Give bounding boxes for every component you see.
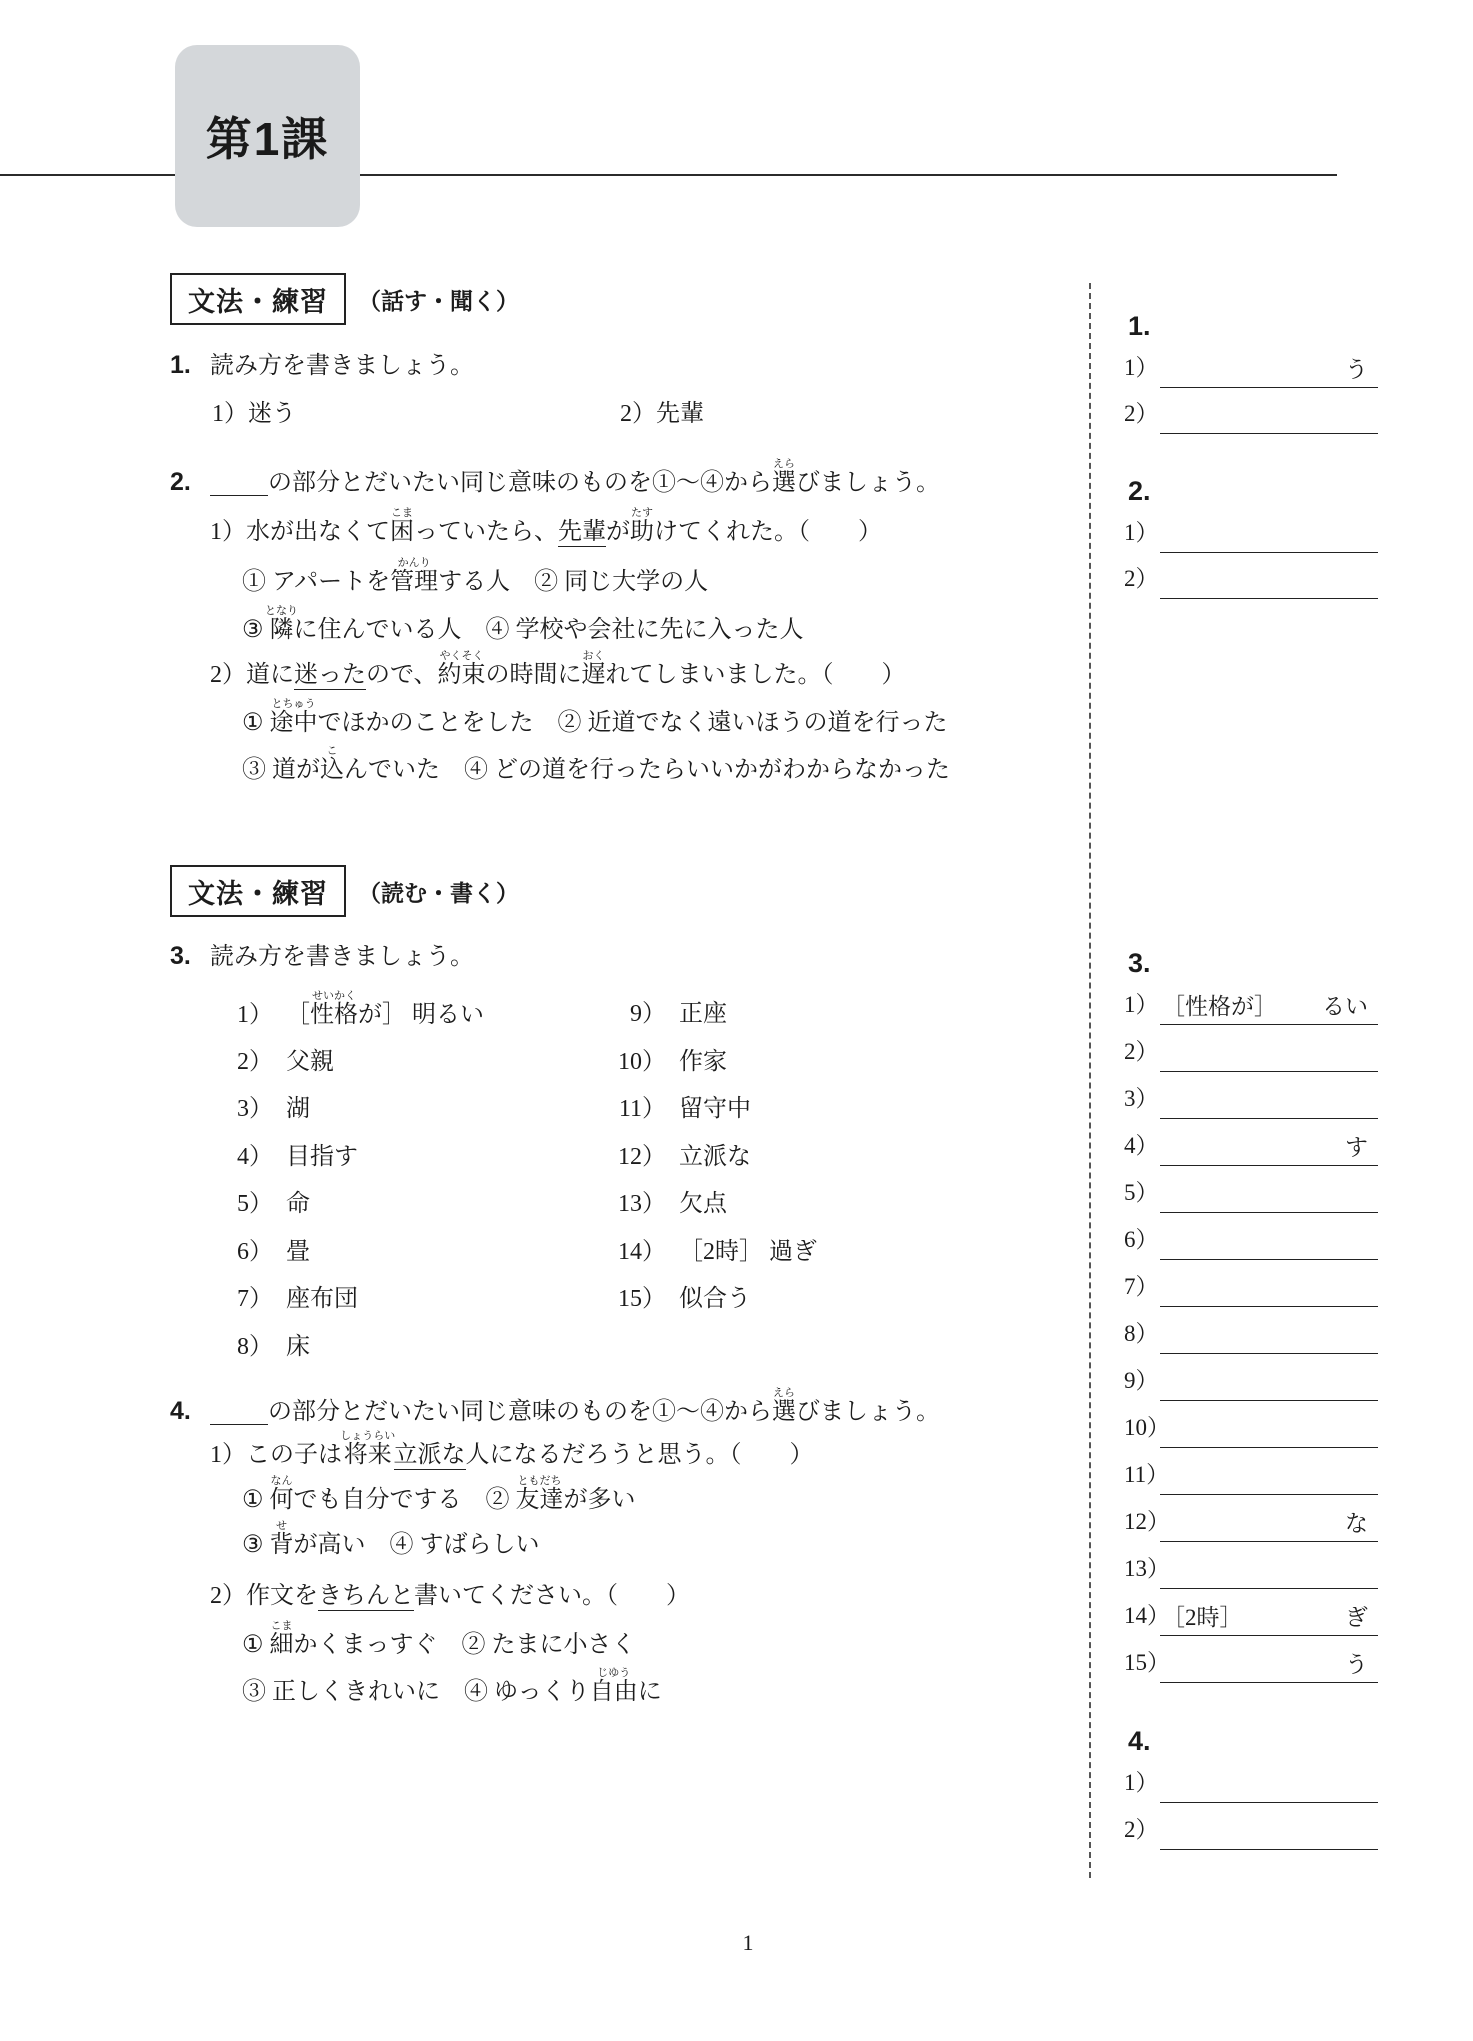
answer-row: 14）［2時］ぎ bbox=[1124, 1589, 1378, 1636]
section-1-box-label: 文法・練習 bbox=[170, 273, 346, 325]
text-run: ③ 道が bbox=[242, 757, 320, 783]
answer-blank-line bbox=[1160, 1084, 1378, 1119]
answer-blank-line: う bbox=[1160, 1648, 1378, 1683]
text-run: 1）迷う bbox=[212, 401, 296, 427]
fill-in-blank-underline bbox=[210, 491, 268, 496]
section-1-header: 文法・練習 （話す・聞く） bbox=[170, 273, 519, 325]
section-2-subtitle: （読む・書く） bbox=[358, 875, 519, 908]
answer-row: 1）う bbox=[1124, 341, 1378, 388]
kanji-reading-item: 10）​​作家 bbox=[618, 1038, 817, 1086]
q2-sub1-options-row2: ​​③ 隣となりに住んでいる人 ④ 学校や会社に先に入った人 bbox=[242, 605, 804, 645]
q4-sub1-options-row2: ​​③ 背せが高い ④ すばらしい bbox=[242, 1520, 540, 1560]
item-word: ​​命 bbox=[286, 1191, 310, 1217]
text-run: 読み方を書きましょう。 bbox=[210, 944, 474, 970]
item-number: 13） bbox=[618, 1191, 666, 1219]
answer-blank-line bbox=[1160, 1413, 1378, 1448]
item-word: ​​湖 bbox=[286, 1096, 310, 1122]
item-word: ​​［2時］ 過ぎ bbox=[679, 1239, 817, 1265]
answer-row-number: 1） bbox=[1124, 1764, 1159, 1797]
item-number: 9） bbox=[618, 1001, 666, 1029]
answer-blank-line bbox=[1160, 1225, 1378, 1260]
text-run: ① bbox=[242, 1632, 270, 1658]
kanji-reading-item: 2）​​父親 bbox=[225, 1038, 484, 1086]
answer-prefix-text: ［性格が］ bbox=[1162, 988, 1277, 1021]
answer-blank-line bbox=[1160, 1178, 1378, 1213]
page-number: 1 bbox=[728, 1930, 768, 1956]
item-word: ​​似合う bbox=[679, 1286, 751, 1312]
answer-blank-line bbox=[1160, 1366, 1378, 1401]
item-number: 5） bbox=[225, 1191, 273, 1219]
q3-kanji-list-left: 1）​​［性格せいかくが］ 明るい2）​​父親3）​​湖4）​​目指す5）​​命… bbox=[225, 990, 484, 1370]
q2-prompt: ​​の部分とだいたい同じ意味のものを①～④から選えらびましょう。 bbox=[210, 470, 940, 496]
text-run: 迷った bbox=[294, 662, 366, 690]
answer-suffix-text: す bbox=[1345, 1129, 1368, 1162]
answer-row-number: 8） bbox=[1124, 1315, 1159, 1348]
q4-prompt: ​​の部分とだいたい同じ意味のものを①～④から選えらびましょう。 bbox=[210, 1399, 940, 1425]
ruby-annotated-text: 管理かんり bbox=[390, 569, 438, 595]
kanji-reading-item: 6）​​畳 bbox=[225, 1228, 484, 1276]
kanji-reading-item: 15）​​似合う bbox=[618, 1275, 817, 1323]
ruby-annotated-text: 遅おく bbox=[582, 662, 606, 688]
text-run: が多い bbox=[564, 1487, 636, 1513]
text-run: びましょう。 bbox=[796, 1399, 940, 1425]
answer-row-number: 4） bbox=[1124, 1127, 1159, 1160]
ruby-annotated-text: 途中とちゅう bbox=[270, 710, 318, 736]
text-run: ① bbox=[242, 1487, 270, 1513]
answer-row: 1） bbox=[1124, 1756, 1378, 1803]
text-run: 2）先輩 bbox=[620, 401, 704, 427]
answer-row-number: 2） bbox=[1124, 395, 1159, 428]
answer-group-2: 2. 1）2） bbox=[1124, 476, 1378, 599]
item-word: ​​正座 bbox=[679, 1001, 727, 1027]
q4-sub2-options-row2: ​​③ 正しくきれいに ④ ゆっくり自由じゆうに bbox=[242, 1667, 662, 1707]
kanji-reading-item: 13）​​欠点 bbox=[618, 1180, 817, 1228]
answer-group-4-rows: 1）2） bbox=[1124, 1756, 1378, 1850]
item-number: 8） bbox=[225, 1334, 273, 1362]
text-run: 人になるだろうと思う。（ ） bbox=[466, 1442, 814, 1468]
answer-blank-line bbox=[1160, 1554, 1378, 1589]
answer-row-number: 2） bbox=[1124, 1811, 1159, 1844]
text-run: ［ bbox=[286, 1002, 310, 1028]
text-run: 読み方を書きましょう。 bbox=[210, 353, 474, 379]
q2-number: 2. bbox=[170, 468, 210, 497]
answer-row-number: 2） bbox=[1124, 1033, 1159, 1066]
fill-in-blank-underline bbox=[210, 1420, 268, 1425]
answer-blank-line: ［性格が］るい bbox=[1160, 990, 1378, 1025]
answer-row-number: 3） bbox=[1124, 1080, 1159, 1113]
q3-prompt: ​​読み方を書きましょう。 bbox=[210, 944, 474, 970]
answer-row: 6） bbox=[1124, 1213, 1378, 1260]
text-run: する人 ② 同じ大学の人 bbox=[438, 569, 708, 595]
text-run: かくまっすぐ ② たまに小さく bbox=[294, 1632, 636, 1658]
item-number: 6） bbox=[225, 1239, 273, 1267]
ruby-annotated-text: 隣となり bbox=[270, 617, 294, 643]
text-run: の部分とだいたい同じ意味のものを①～④から bbox=[268, 1399, 772, 1425]
q2-sub2-sentence: ​​2）道に迷ったので、約束やくそくの時間に遅おくれてしまいました。（ ） bbox=[210, 650, 906, 690]
lesson-title: 第1課 bbox=[206, 103, 330, 169]
section-2-header: 文法・練習 （読む・書く） bbox=[170, 865, 519, 917]
answer-group-3-rows: 1）［性格が］るい2）3）4）す5）6）7）8）9）10）11）12）な13）1… bbox=[1124, 978, 1378, 1683]
item-word: ​​父親 bbox=[286, 1049, 334, 1075]
ruby-annotated-text: 何なん bbox=[270, 1487, 294, 1513]
text-run: けてくれた。（ ） bbox=[654, 519, 882, 545]
item-word: ​​立派な bbox=[679, 1144, 751, 1170]
text-run: 2）作文を bbox=[210, 1583, 318, 1609]
answer-row: 1） bbox=[1124, 506, 1378, 553]
answer-blank-line bbox=[1160, 1460, 1378, 1495]
text-run: が高い ④ すばらしい bbox=[294, 1532, 540, 1558]
answer-blank-line bbox=[1160, 399, 1378, 434]
answer-row: 7） bbox=[1124, 1260, 1378, 1307]
answer-group-1: 1. 1）う2） bbox=[1124, 311, 1378, 434]
answer-blank-line bbox=[1160, 518, 1378, 553]
kanji-reading-item: 14）​​［2時］ 過ぎ bbox=[618, 1228, 817, 1276]
q2-prompt-line: 2.​​の部分とだいたい同じ意味のものを①～④から選えらびましょう。 bbox=[170, 458, 940, 498]
text-run: 立派な bbox=[679, 1144, 751, 1170]
q3-kanji-list-right: 9）​​正座10）​​作家11）​​留守中12）​​立派な13）​​欠点14）​… bbox=[618, 990, 817, 1323]
text-run: 作家 bbox=[679, 1049, 727, 1075]
answer-row: 9） bbox=[1124, 1354, 1378, 1401]
answer-blank-line bbox=[1160, 1768, 1378, 1803]
text-run: びましょう。 bbox=[796, 470, 940, 496]
answer-row: 2） bbox=[1124, 553, 1378, 600]
text-run: でほかのことをした ② 近道でなく遠いほうの道を行った bbox=[318, 710, 948, 736]
answer-row-number: 7） bbox=[1124, 1268, 1159, 1301]
answer-prefix-text: ［2時］ bbox=[1162, 1599, 1243, 1632]
answer-row: 2） bbox=[1124, 1025, 1378, 1072]
q2-sub1-options-row1: ​​① アパートを管理かんりする人 ② 同じ大学の人 bbox=[242, 557, 708, 597]
item-number: 4） bbox=[225, 1144, 273, 1172]
item-word: ​​［性格せいかくが］ 明るい bbox=[286, 1002, 484, 1028]
text-run: の時間に bbox=[486, 662, 582, 688]
answer-group-4: 4. 1）2） bbox=[1124, 1726, 1378, 1850]
item-number: 15） bbox=[618, 1286, 666, 1314]
text-run: 正座 bbox=[679, 1001, 727, 1027]
section-1-subtitle: （話す・聞く） bbox=[358, 283, 519, 316]
kanji-reading-item: 12）​​立派な bbox=[618, 1133, 817, 1181]
answer-column-divider bbox=[1089, 283, 1091, 1878]
answer-row: 4）す bbox=[1124, 1119, 1378, 1166]
answer-suffix-text: な bbox=[1345, 1505, 1368, 1538]
answer-suffix-text: う bbox=[1345, 351, 1368, 384]
item-word: ​​留守中 bbox=[679, 1096, 751, 1122]
q4-number: 4. bbox=[170, 1397, 210, 1426]
item-word: ​​作家 bbox=[679, 1049, 727, 1075]
ruby-annotated-text: 込こ bbox=[320, 757, 344, 783]
text-run: に bbox=[638, 1679, 662, 1705]
text-run: 似合う bbox=[679, 1286, 751, 1312]
item-number: 3） bbox=[225, 1096, 273, 1124]
answer-suffix-text: う bbox=[1345, 1646, 1368, 1679]
answer-row: 1）［性格が］るい bbox=[1124, 978, 1378, 1025]
answer-group-4-header: 4. bbox=[1124, 1726, 1378, 1756]
answer-suffix-text: ぎ bbox=[1345, 1599, 1368, 1632]
item-word: ​​目指す bbox=[286, 1144, 358, 1170]
ruby-annotated-text: 将来しょうらい bbox=[342, 1442, 394, 1468]
item-word: ​​畳 bbox=[286, 1239, 310, 1265]
text-run: 2）道に bbox=[210, 662, 294, 688]
q3-prompt-line: 3.​​読み方を書きましょう。 bbox=[170, 933, 474, 972]
text-run: 床 bbox=[286, 1334, 310, 1360]
answer-row-number: 6） bbox=[1124, 1221, 1159, 1254]
answer-blank-line: す bbox=[1160, 1131, 1378, 1166]
text-run: 座布団 bbox=[286, 1286, 358, 1312]
q2-sub1-sentence: ​​1）水が出なくて困こまっていたら、先輩が助たすけてくれた。（ ） bbox=[210, 507, 882, 547]
answer-blank-line bbox=[1160, 564, 1378, 599]
text-run: の部分とだいたい同じ意味のものを①～④から bbox=[268, 470, 772, 496]
item-number: 11） bbox=[618, 1096, 666, 1124]
q2-sub2-options-row2: ​​③ 道が込こんでいた ④ どの道を行ったらいいかがわからなかった bbox=[242, 745, 950, 785]
answer-row: 13） bbox=[1124, 1542, 1378, 1589]
item-word: ​​床 bbox=[286, 1334, 310, 1360]
kanji-reading-item: 8）​​床 bbox=[225, 1323, 484, 1371]
ruby-annotated-text: 背せ bbox=[270, 1532, 294, 1558]
answer-group-3-header: 3. bbox=[1124, 948, 1378, 978]
ruby-annotated-text: 困こま bbox=[390, 519, 414, 545]
answer-blank-line: な bbox=[1160, 1507, 1378, 1542]
answer-group-2-rows: 1）2） bbox=[1124, 506, 1378, 599]
q4-sub2-sentence: ​​2）作文をきちんと書いてください。（ ） bbox=[210, 1572, 690, 1611]
ruby-annotated-text: 約束やくそく bbox=[438, 662, 486, 688]
ruby-annotated-text: 自由じゆう bbox=[590, 1679, 638, 1705]
text-run: 1）水が出なくて bbox=[210, 519, 390, 545]
answer-group-1-header: 1. bbox=[1124, 311, 1378, 341]
text-run: 立派な bbox=[394, 1442, 466, 1470]
answer-row-number: 9） bbox=[1124, 1362, 1159, 1395]
kanji-reading-item: 11）​​留守中 bbox=[618, 1085, 817, 1133]
text-run: んでいた ④ どの道を行ったらいいかがわからなかった bbox=[344, 757, 950, 783]
q4-prompt-line: 4.​​の部分とだいたい同じ意味のものを①～④から選えらびましょう。 bbox=[170, 1387, 940, 1427]
text-run: 湖 bbox=[286, 1096, 310, 1122]
text-run: 書いてください。（ ） bbox=[414, 1583, 690, 1609]
text-run: に住んでいる人 ④ 学校や会社に先に入った人 bbox=[294, 617, 804, 643]
answer-blank-line bbox=[1160, 1037, 1378, 1072]
text-run: ので、 bbox=[366, 662, 438, 688]
text-run: 父親 bbox=[286, 1049, 334, 1075]
text-run: 留守中 bbox=[679, 1096, 751, 1122]
item-word: ​​座布団 bbox=[286, 1286, 358, 1312]
answer-row-number: 5） bbox=[1124, 1174, 1159, 1207]
kanji-reading-item: 9）​​正座 bbox=[618, 990, 817, 1038]
kanji-reading-item: 5）​​命 bbox=[225, 1180, 484, 1228]
ruby-annotated-text: 選えら bbox=[772, 1399, 796, 1425]
answer-row: 2） bbox=[1124, 388, 1378, 435]
ruby-annotated-text: 細こま bbox=[270, 1632, 294, 1658]
answer-row: 12）な bbox=[1124, 1495, 1378, 1542]
text-run: が］ 明るい bbox=[358, 1002, 484, 1028]
lesson-badge: 第1課 bbox=[175, 45, 360, 227]
item-number: 10） bbox=[618, 1049, 666, 1077]
answer-row: 11） bbox=[1124, 1448, 1378, 1495]
answer-blank-line: ［2時］ぎ bbox=[1160, 1601, 1378, 1636]
ruby-annotated-text: 性格せいかく bbox=[310, 1002, 358, 1028]
q4-sub1-sentence: ​​1）この子は将来しょうらい立派な人になるだろうと思う。（ ） bbox=[210, 1430, 814, 1470]
section-2-box-label: 文法・練習 bbox=[170, 865, 346, 917]
text-run: 1）この子は bbox=[210, 1442, 342, 1468]
kanji-reading-item: 7）​​座布団 bbox=[225, 1275, 484, 1323]
answer-row-number: 1） bbox=[1124, 986, 1159, 1019]
text-run: でも自分でする ② bbox=[294, 1487, 516, 1513]
text-run: ③ 正しくきれいに ④ ゆっくり bbox=[242, 1679, 590, 1705]
text-run: 欠点 bbox=[679, 1191, 727, 1217]
text-run: きちんと bbox=[318, 1583, 414, 1611]
answer-blank-line bbox=[1160, 1319, 1378, 1354]
ruby-annotated-text: 助たす bbox=[630, 519, 654, 545]
text-run: 畳 bbox=[286, 1239, 310, 1265]
q1-prompt-line: 1.​​読み方を書きましょう。 bbox=[170, 342, 474, 381]
ruby-annotated-text: 選えら bbox=[772, 470, 796, 496]
answer-row: 3） bbox=[1124, 1072, 1378, 1119]
item-number: 12） bbox=[618, 1144, 666, 1172]
answer-row-number: 2） bbox=[1124, 560, 1159, 593]
answer-group-2-header: 2. bbox=[1124, 476, 1378, 506]
answer-row: 10） bbox=[1124, 1401, 1378, 1448]
item-number: 14） bbox=[618, 1239, 666, 1267]
answer-group-3: 3. 1）［性格が］るい2）3）4）す5）6）7）8）9）10）11）12）な1… bbox=[1124, 948, 1378, 1683]
text-run: ① bbox=[242, 710, 270, 736]
answer-row: 8） bbox=[1124, 1307, 1378, 1354]
q3-number: 3. bbox=[170, 942, 210, 971]
answer-group-1-rows: 1）う2） bbox=[1124, 341, 1378, 434]
text-run: れてしまいました。（ ） bbox=[606, 662, 906, 688]
q4-sub2-options-row1: ​​① 細こまかくまっすぐ ② たまに小さく bbox=[242, 1620, 636, 1660]
text-run: ① アパートを bbox=[242, 569, 390, 595]
item-number: 7） bbox=[225, 1286, 273, 1314]
q1-prompt: ​​読み方を書きましょう。 bbox=[210, 353, 474, 379]
text-run: ［2時］ 過ぎ bbox=[679, 1239, 817, 1265]
worksheet-body: 文法・練習 （話す・聞く） 1.​​読み方を書きましょう。 ​​1）迷う ​​2… bbox=[170, 0, 1080, 2041]
q4-sub1-options-row1: ​​① 何なんでも自分でする ② 友達ともだちが多い bbox=[242, 1475, 636, 1515]
text-run: 目指す bbox=[286, 1144, 358, 1170]
answer-blank-line bbox=[1160, 1272, 1378, 1307]
answer-row: 15）う bbox=[1124, 1636, 1378, 1683]
item-word: ​​欠点 bbox=[679, 1191, 727, 1217]
text-run: 命 bbox=[286, 1191, 310, 1217]
answer-suffix-text: るい bbox=[1322, 988, 1368, 1021]
text-run: ③ bbox=[242, 1532, 270, 1558]
item-number: 2） bbox=[225, 1049, 273, 1077]
answer-row-number: 1） bbox=[1124, 349, 1159, 382]
item-number: 1） bbox=[225, 1002, 273, 1030]
q1-item-1: ​​1）迷う bbox=[212, 390, 296, 429]
kanji-reading-item: 4）​​目指す bbox=[225, 1133, 484, 1181]
answer-row: 5） bbox=[1124, 1166, 1378, 1213]
q1-number: 1. bbox=[170, 351, 210, 380]
answer-row-number: 1） bbox=[1124, 514, 1159, 547]
kanji-reading-item: 3）​​湖 bbox=[225, 1085, 484, 1133]
ruby-annotated-text: 友達ともだち bbox=[516, 1487, 564, 1513]
answer-blank-line: う bbox=[1160, 353, 1378, 388]
text-run: 先輩 bbox=[558, 519, 606, 547]
text-run: が bbox=[606, 519, 630, 545]
kanji-reading-item: 1）​​［性格せいかくが］ 明るい bbox=[225, 990, 484, 1038]
answer-row: 2） bbox=[1124, 1803, 1378, 1850]
q2-sub2-options-row1: ​​① 途中とちゅうでほかのことをした ② 近道でなく遠いほうの道を行った bbox=[242, 698, 948, 738]
q1-item-2: ​​2）先輩 bbox=[620, 390, 704, 429]
text-run: っていたら、 bbox=[414, 519, 558, 545]
answer-blank-line bbox=[1160, 1815, 1378, 1850]
